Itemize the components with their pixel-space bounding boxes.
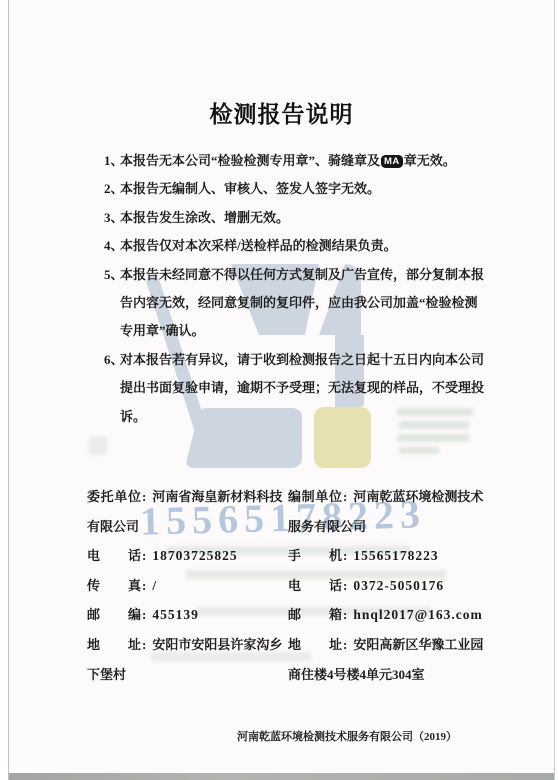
report-item-line: 提出书面复验申请，逾期不予受理；无法复现的样品，不受理投 — [120, 374, 514, 402]
report-item-3: 3、本报告发生涂改、增删无效。 — [104, 204, 514, 232]
contact-value: / — [152, 578, 157, 593]
footer-company-line: 河南乾蓝环境检测技术服务有限公司（2019） — [237, 728, 457, 744]
contact-label: 邮编 — [87, 600, 141, 630]
bleedthrough-artifact — [89, 437, 107, 455]
contact-separator: : — [142, 578, 146, 593]
item-number: 6、 — [104, 346, 120, 374]
report-items: 1、本报告无本公司“检验检测专用章”、骑缝章及MA章无效。2、本报告无编制人、审… — [104, 147, 514, 431]
contact-separator: : — [343, 548, 347, 563]
item-number: 1、 — [104, 147, 120, 175]
contact-separator: : — [343, 489, 347, 504]
scanned-report-page: 15565178223 检测报告说明 1、本报告无本公司“检验检测专用章”、骑缝… — [8, 0, 555, 780]
contact-label: 委托单位 — [87, 482, 141, 512]
contact-left-column: 委托单位:河南省海皇新材料科技有限公司电话:18703725825传真:/邮编:… — [87, 482, 288, 689]
report-item-line: 告内容无效，经同意复制的复印件，应由我公司加盖“检验检测 — [120, 289, 514, 317]
contact-label: 编制单位 — [288, 482, 342, 512]
contact-label: 电话 — [87, 541, 141, 571]
report-item-2: 2、本报告无编制人、审核人、签发人签字无效。 — [104, 175, 514, 203]
contact-row: 邮编:455139 — [87, 600, 288, 630]
page-bottom-edge — [9, 773, 554, 780]
item-number: 2、 — [104, 175, 120, 203]
contact-separator: : — [142, 637, 146, 652]
contact-row: 电话:0372-5050176 — [288, 571, 488, 601]
report-item-line: 4、本报告仅对本次采样/送检样品的检测结果负责。 — [120, 232, 514, 260]
contact-value: 18703725825 — [152, 548, 237, 563]
contact-row: 手机:15565178223 — [288, 541, 488, 571]
report-item-line: 诉。 — [120, 403, 514, 431]
contact-label: 电话 — [288, 571, 342, 601]
cma-mark-icon: MA — [381, 155, 403, 168]
report-title: 检测报告说明 — [9, 99, 554, 129]
report-item-line: 5、本报告未经同意不得以任何方式复制及广告宣传，部分复制本报 — [120, 261, 514, 289]
contact-label: 地址 — [87, 630, 141, 660]
contact-separator: : — [343, 637, 347, 652]
contact-label: 手机 — [288, 541, 342, 571]
contact-right-column: 编制单位:河南乾蓝环境检测技术服务有限公司手机:15565178223电话:03… — [288, 482, 488, 689]
report-item-line: 专用章”确认。 — [120, 317, 514, 345]
report-item-6: 6、对本报告若有异议，请于收到检测报告之日起十五日内向本公司提出书面复验申请，逾… — [104, 346, 514, 431]
report-item-line: 6、对本报告若有异议，请于收到检测报告之日起十五日内向本公司 — [120, 346, 514, 374]
contact-separator: : — [343, 578, 347, 593]
contact-label: 传真 — [87, 571, 141, 601]
item-number: 4、 — [104, 232, 120, 260]
report-item-5: 5、本报告未经同意不得以任何方式复制及广告宣传，部分复制本报告内容无效，经同意复… — [104, 261, 514, 346]
contact-separator: : — [142, 548, 146, 563]
contact-row: 传真:/ — [87, 571, 288, 601]
contact-separator: : — [142, 607, 146, 622]
bleedthrough-artifact — [399, 447, 439, 454]
contact-separator: : — [343, 607, 347, 622]
contact-row: 电话:18703725825 — [87, 541, 288, 571]
contact-row: 地址:安阳高新区华豫工业园商住楼4号楼4单元304室 — [288, 630, 488, 689]
contact-row: 编制单位:河南乾蓝环境检测技术服务有限公司 — [288, 482, 488, 541]
contact-row: 地址:安阳市安阳县许家沟乡下堡村 — [87, 630, 288, 689]
contact-label: 邮箱 — [288, 600, 342, 630]
contact-value: 455139 — [152, 607, 199, 622]
report-item-line: 1、本报告无本公司“检验检测专用章”、骑缝章及MA章无效。 — [120, 147, 514, 175]
contact-value: 0372-5050176 — [353, 578, 444, 593]
contact-row: 委托单位:河南省海皇新材料科技有限公司 — [87, 482, 288, 541]
bleedthrough-artifact — [397, 434, 469, 442]
contact-separator: : — [142, 489, 146, 504]
contact-section: 委托单位:河南省海皇新材料科技有限公司电话:18703725825传真:/邮编:… — [87, 482, 549, 689]
contact-row: 邮箱:hnql2017@163.com — [288, 600, 488, 630]
item-number: 3、 — [104, 204, 120, 232]
contact-value: 15565178223 — [353, 548, 438, 563]
item-number: 5、 — [104, 261, 120, 289]
report-item-line: 3、本报告发生涂改、增删无效。 — [120, 204, 514, 232]
report-item-line: 2、本报告无编制人、审核人、签发人签字无效。 — [120, 175, 514, 203]
contact-label: 地址 — [288, 630, 342, 660]
report-item-1: 1、本报告无本公司“检验检测专用章”、骑缝章及MA章无效。 — [104, 147, 514, 175]
report-item-4: 4、本报告仅对本次采样/送检样品的检测结果负责。 — [104, 232, 514, 260]
contact-value: hnql2017@163.com — [353, 607, 482, 622]
